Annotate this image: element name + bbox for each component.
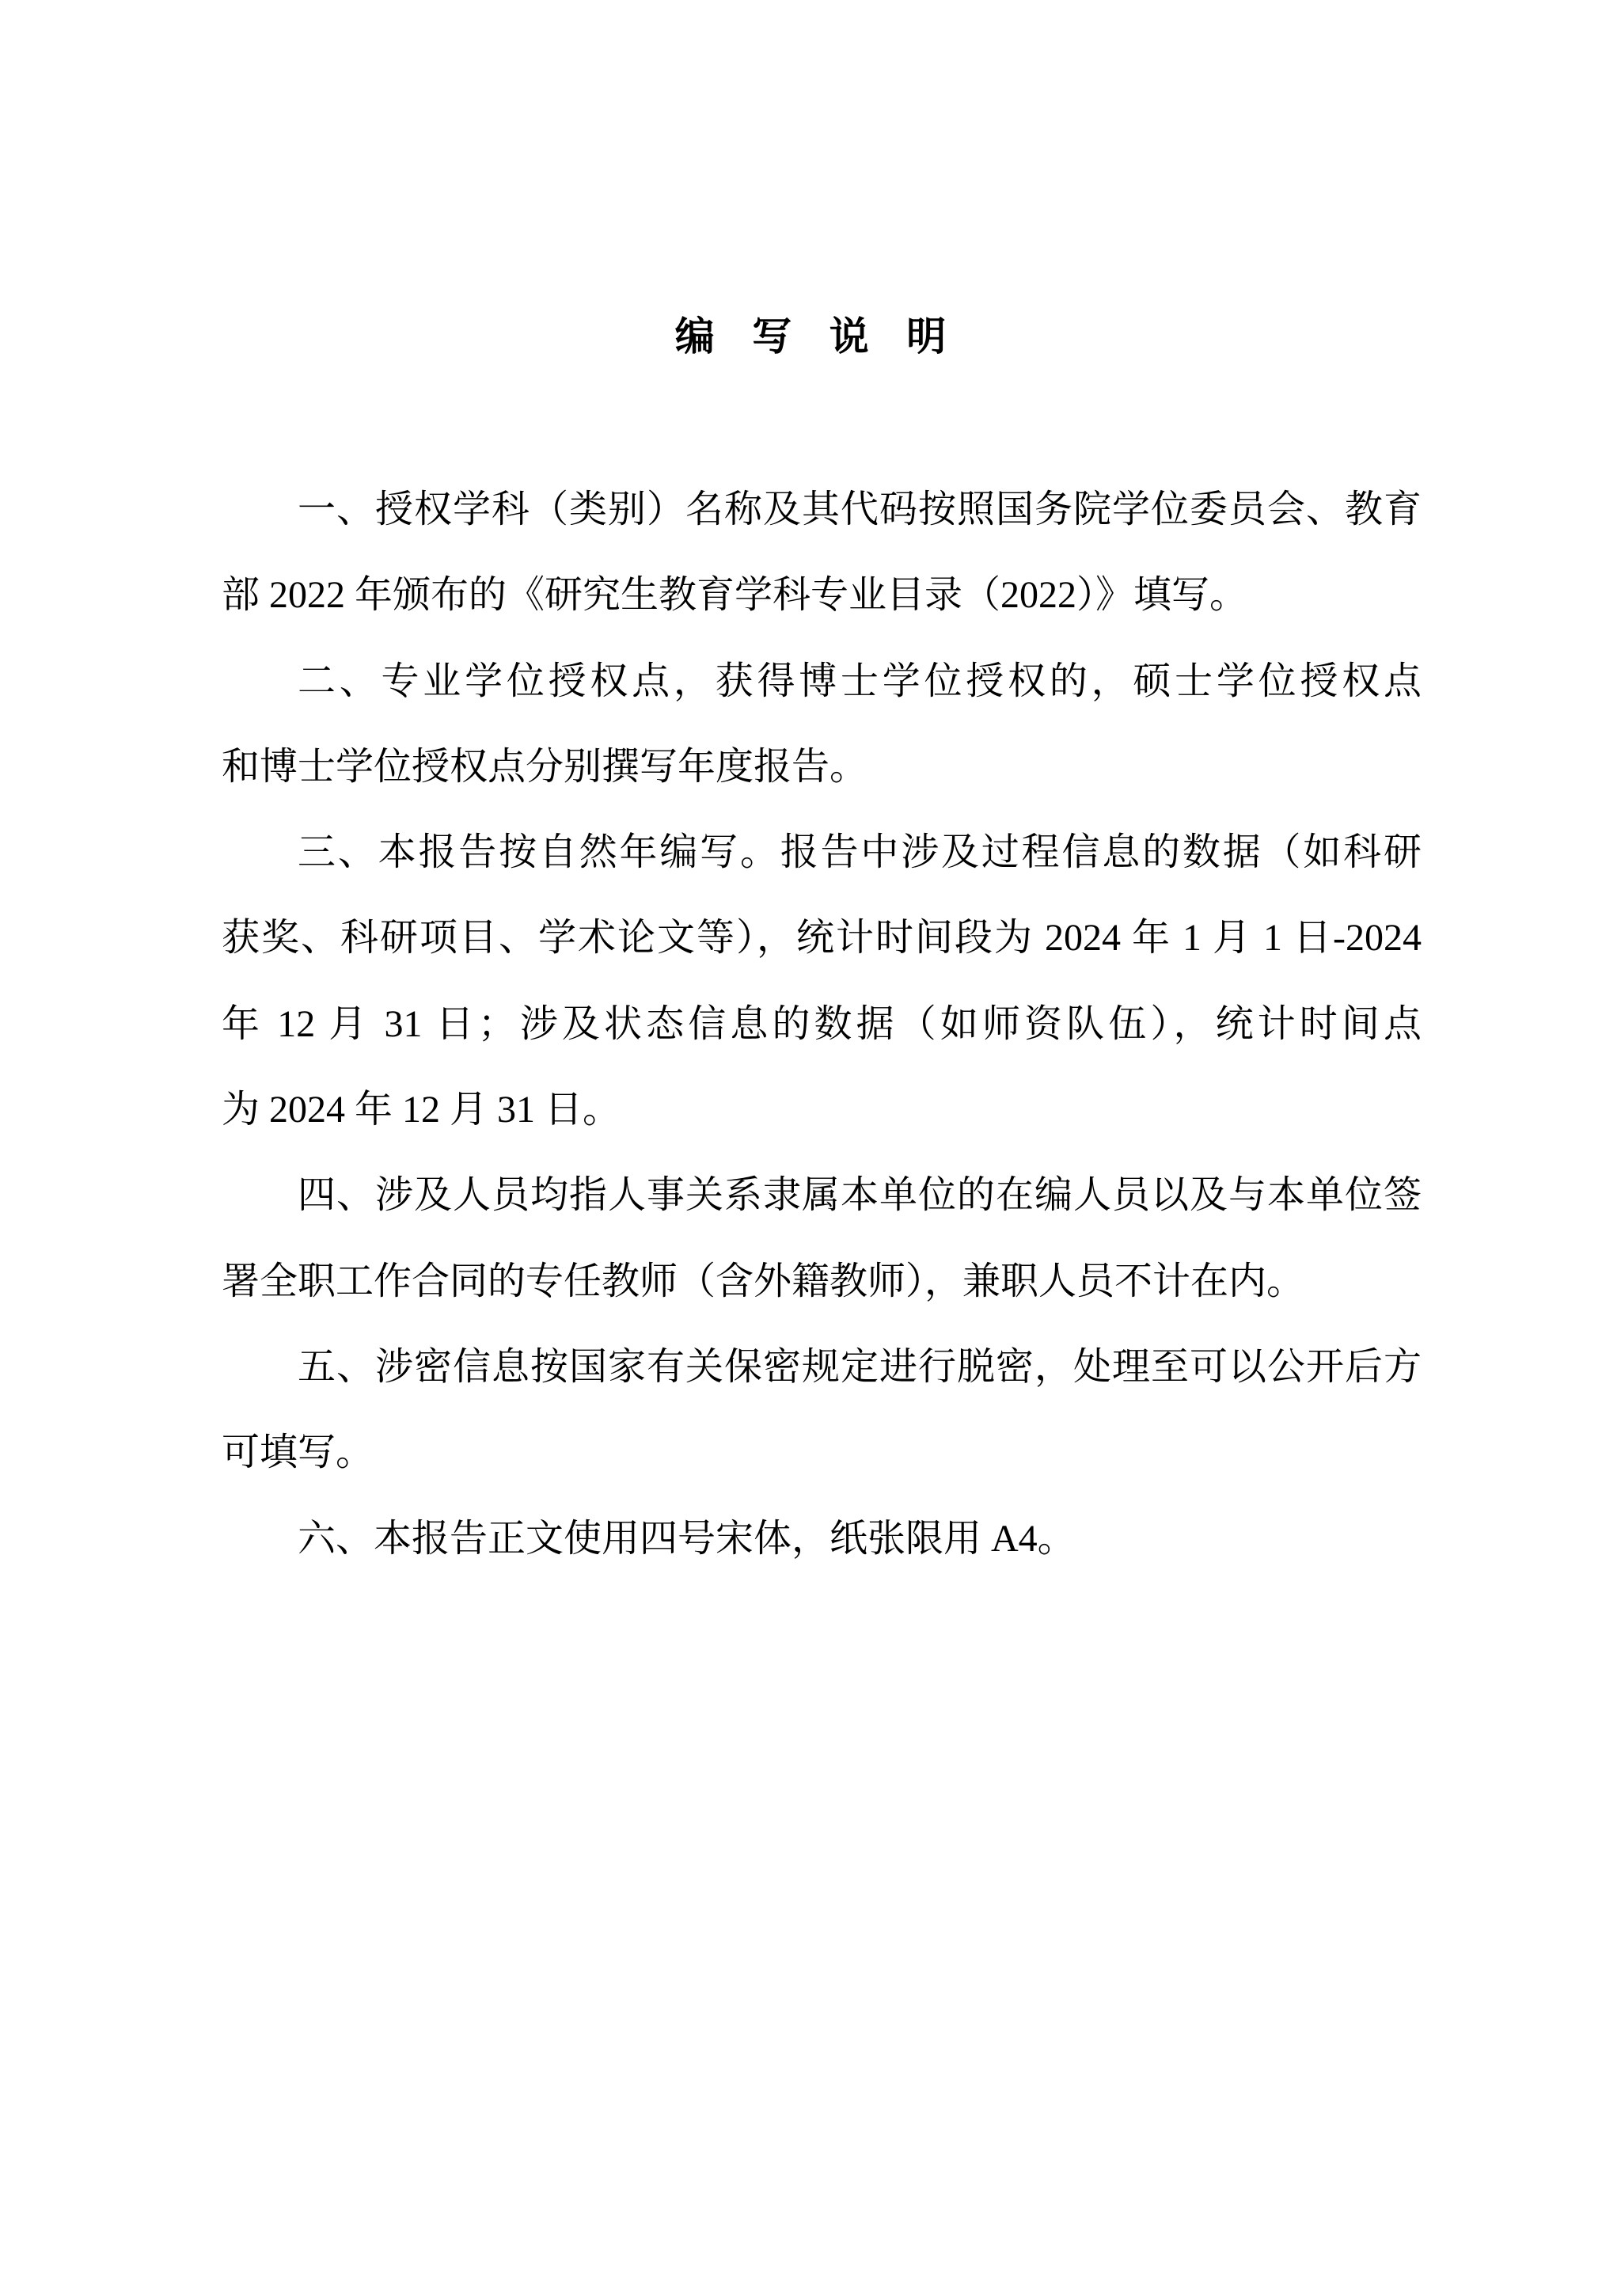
body-line: 为 2024 年 12 月 31 日。 <box>222 1067 1422 1153</box>
body-line: 一、授权学科（类别）名称及其代码按照国务院学位委员会、教育 <box>222 467 1422 553</box>
body-line: 署全职工作合同的专任教师（含外籍教师），兼职人员不计在内。 <box>222 1239 1422 1325</box>
document-page: 编 写 说 明 一、授权学科（类别）名称及其代码按照国务院学位委员会、教育 部 … <box>0 0 1621 2296</box>
body-line: 六、本报告正文使用四号宋体，纸张限用 A4。 <box>222 1496 1422 1582</box>
body-line: 部 2022 年颁布的《研究生教育学科专业目录（2022）》填写。 <box>222 553 1422 638</box>
body-line: 和博士学位授权点分别撰写年度报告。 <box>222 724 1422 810</box>
body-line: 四、涉及人员均指人事关系隶属本单位的在编人员以及与本单位签 <box>222 1153 1422 1238</box>
body-line: 二、专业学位授权点，获得博士学位授权的，硕士学位授权点 <box>222 639 1422 724</box>
body-line: 五、涉密信息按国家有关保密规定进行脱密，处理至可以公开后方 <box>222 1325 1422 1410</box>
page-title: 编 写 说 明 <box>0 309 1621 364</box>
body-line: 年 12 月 31 日；涉及状态信息的数据（如师资队伍），统计时间点 <box>222 982 1422 1067</box>
body-line: 获奖、科研项目、学术论文等），统计时间段为 2024 年 1 月 1 日-202… <box>222 895 1422 981</box>
document-body: 一、授权学科（类别）名称及其代码按照国务院学位委员会、教育 部 2022 年颁布… <box>222 467 1422 1582</box>
body-line: 三、本报告按自然年编写。报告中涉及过程信息的数据（如科研 <box>222 810 1422 895</box>
body-line: 可填写。 <box>222 1410 1422 1496</box>
